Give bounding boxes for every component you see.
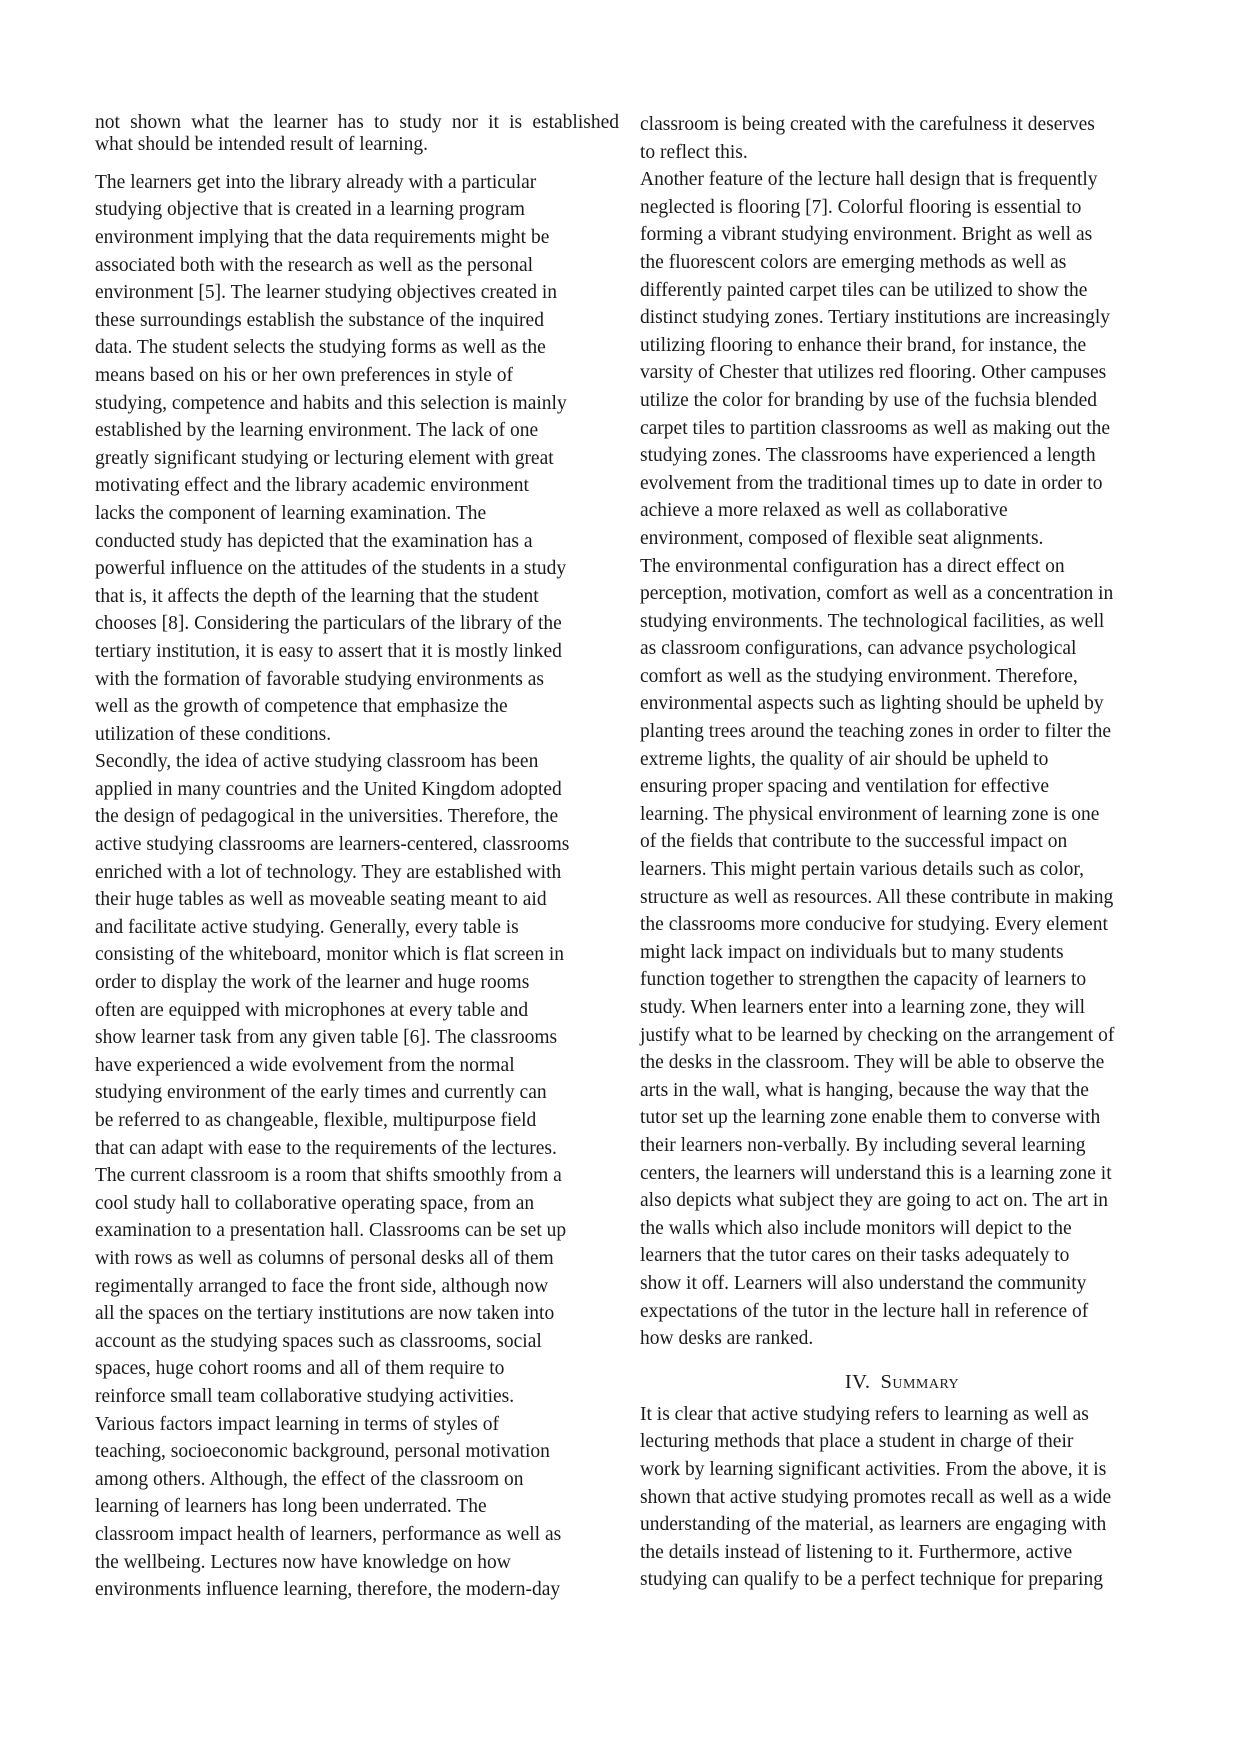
intro-paragraph-line-1: not shown what the learner has to study … (95, 112, 619, 134)
summary-body-text: It is clear that active studying refers … (640, 1401, 1164, 1594)
intro-paragraph-line-2: what should be intended result of learni… (95, 134, 619, 156)
summary-section-heading: IV.Summary (640, 1370, 1164, 1394)
intro-paragraph: not shown what the learner has to study … (95, 112, 619, 157)
left-column: not shown what the learner has to study … (95, 112, 619, 1604)
section-number: IV. (845, 1371, 871, 1393)
section-title: Summary (880, 1371, 959, 1393)
paper-page: not shown what the learner has to study … (0, 0, 1241, 1754)
right-column-body-text: classroom is being created with the care… (640, 111, 1164, 1353)
right-column: classroom is being created with the care… (640, 111, 1164, 1594)
left-column-body-text: The learners get into the library alread… (95, 169, 619, 1604)
